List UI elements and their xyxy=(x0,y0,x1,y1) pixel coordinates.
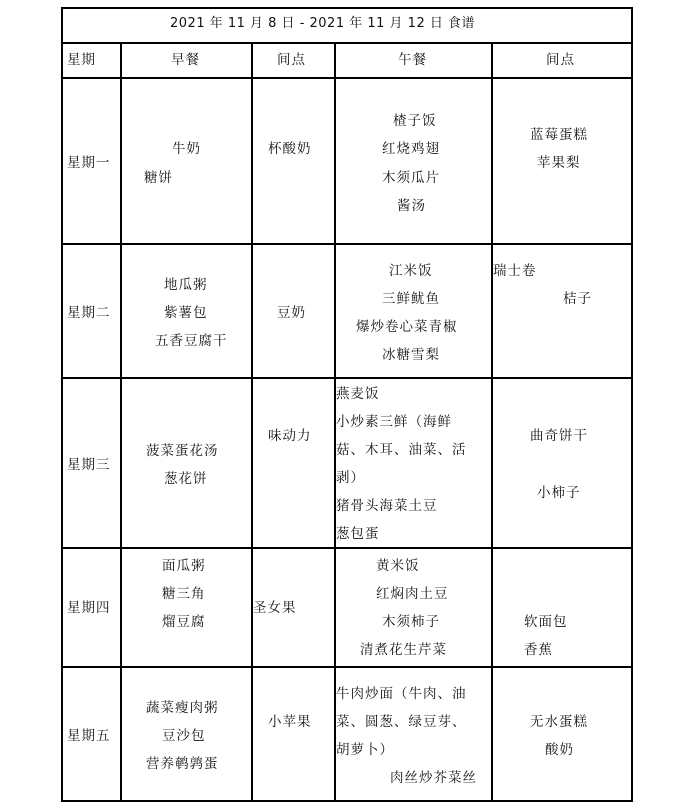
breakfast-item: 面瓜粥 xyxy=(162,558,206,574)
lunch-item: 肉丝炒芥菜丝 xyxy=(390,770,477,786)
menu-title: 2021 年 11 月 8 日 - 2021 年 11 月 12 日 食谱 xyxy=(170,16,475,32)
header-lunch: 午餐 xyxy=(398,52,427,68)
lunch-item: 江米饭 xyxy=(389,263,433,279)
breakfast-item: 糖饼 xyxy=(144,170,173,186)
day-label: 星期三 xyxy=(67,457,111,473)
breakfast-item: 糖三角 xyxy=(162,586,206,602)
title-row-divider xyxy=(61,42,633,44)
breakfast-item: 紫薯包 xyxy=(164,305,208,321)
snack-item: 圣女果 xyxy=(253,600,297,616)
header-row-divider xyxy=(61,77,633,79)
lunch-item: 剥） xyxy=(336,470,365,486)
breakfast-item: 豆沙包 xyxy=(162,728,206,744)
lunch-item: 木须柿子 xyxy=(382,614,440,630)
lunch-item: 葱包蛋 xyxy=(336,526,380,542)
lunch-item: 酱汤 xyxy=(397,198,426,214)
snack-item: 小柿子 xyxy=(537,485,581,501)
day-label: 星期二 xyxy=(67,305,111,321)
breakfast-item: 熘豆腐 xyxy=(162,614,206,630)
snack-item: 苹果梨 xyxy=(537,155,581,171)
breakfast-item: 菠菜蛋花汤 xyxy=(146,443,219,459)
table-border-bottom xyxy=(61,800,633,802)
snack-item: 豆奶 xyxy=(277,305,306,321)
lunch-item: 冰糖雪梨 xyxy=(382,347,440,363)
lunch-item: 小炒素三鲜（海鲜 xyxy=(336,414,452,430)
lunch-item: 燕麦饭 xyxy=(336,386,380,402)
header-breakfast: 早餐 xyxy=(171,52,200,68)
lunch-item: 爆炒卷心菜青椒 xyxy=(356,319,458,335)
header-snack-morning: 间点 xyxy=(277,52,306,68)
lunch-item: 木须瓜片 xyxy=(382,170,440,186)
table-border-left xyxy=(61,7,63,801)
lunch-item: 牛肉炒面（牛肉、油 xyxy=(336,686,467,702)
snack-item: 小苹果 xyxy=(268,714,312,730)
lunch-item: 三鲜鱿鱼 xyxy=(382,291,440,307)
snack-item: 无水蛋糕 xyxy=(530,714,588,730)
snack-item: 软面包 xyxy=(524,614,568,630)
lunch-item: 菜、圆葱、绿豆芽、 xyxy=(336,714,467,730)
lunch-item: 胡萝卜） xyxy=(336,742,394,758)
snack-item: 瑞士卷 xyxy=(493,263,537,279)
breakfast-item: 葱花饼 xyxy=(164,471,208,487)
lunch-item: 猪骨头海菜土豆 xyxy=(336,498,438,514)
header-day: 星期 xyxy=(67,52,96,68)
lunch-item: 清煮花生芹菜 xyxy=(360,642,447,658)
snack-item: 杯酸奶 xyxy=(268,141,312,157)
column-divider xyxy=(251,42,253,801)
breakfast-item: 营养鹌鹑蛋 xyxy=(146,756,219,772)
snack-item: 蓝莓蛋糕 xyxy=(530,127,588,143)
breakfast-item: 五香豆腐干 xyxy=(155,333,228,349)
breakfast-item: 牛奶 xyxy=(172,141,201,157)
snack-item: 曲奇饼干 xyxy=(530,428,588,444)
lunch-item: 菇、木耳、油菜、活 xyxy=(336,442,467,458)
lunch-item: 楂子饭 xyxy=(393,113,437,129)
day-label: 星期五 xyxy=(67,728,111,744)
column-divider xyxy=(120,42,122,801)
row-divider xyxy=(61,547,633,549)
header-snack-afternoon: 间点 xyxy=(546,52,575,68)
snack-item: 味动力 xyxy=(268,428,312,444)
lunch-item: 红焖肉土豆 xyxy=(376,586,449,602)
row-divider xyxy=(61,243,633,245)
row-divider xyxy=(61,377,633,379)
menu-document: 2021 年 11 月 8 日 - 2021 年 11 月 12 日 食谱 星期… xyxy=(0,0,692,804)
snack-item: 酸奶 xyxy=(545,742,574,758)
breakfast-item: 蔬菜瘦肉粥 xyxy=(146,700,219,716)
lunch-item: 红烧鸡翅 xyxy=(382,141,440,157)
column-divider xyxy=(491,42,493,801)
snack-item: 桔子 xyxy=(563,291,592,307)
row-divider xyxy=(61,666,633,668)
breakfast-item: 地瓜粥 xyxy=(164,277,208,293)
day-label: 星期四 xyxy=(67,600,111,616)
table-border-top xyxy=(61,7,633,9)
snack-item: 香蕉 xyxy=(524,642,553,658)
lunch-item: 黄米饭 xyxy=(376,558,420,574)
day-label: 星期一 xyxy=(67,155,111,171)
table-border-right xyxy=(631,7,633,801)
